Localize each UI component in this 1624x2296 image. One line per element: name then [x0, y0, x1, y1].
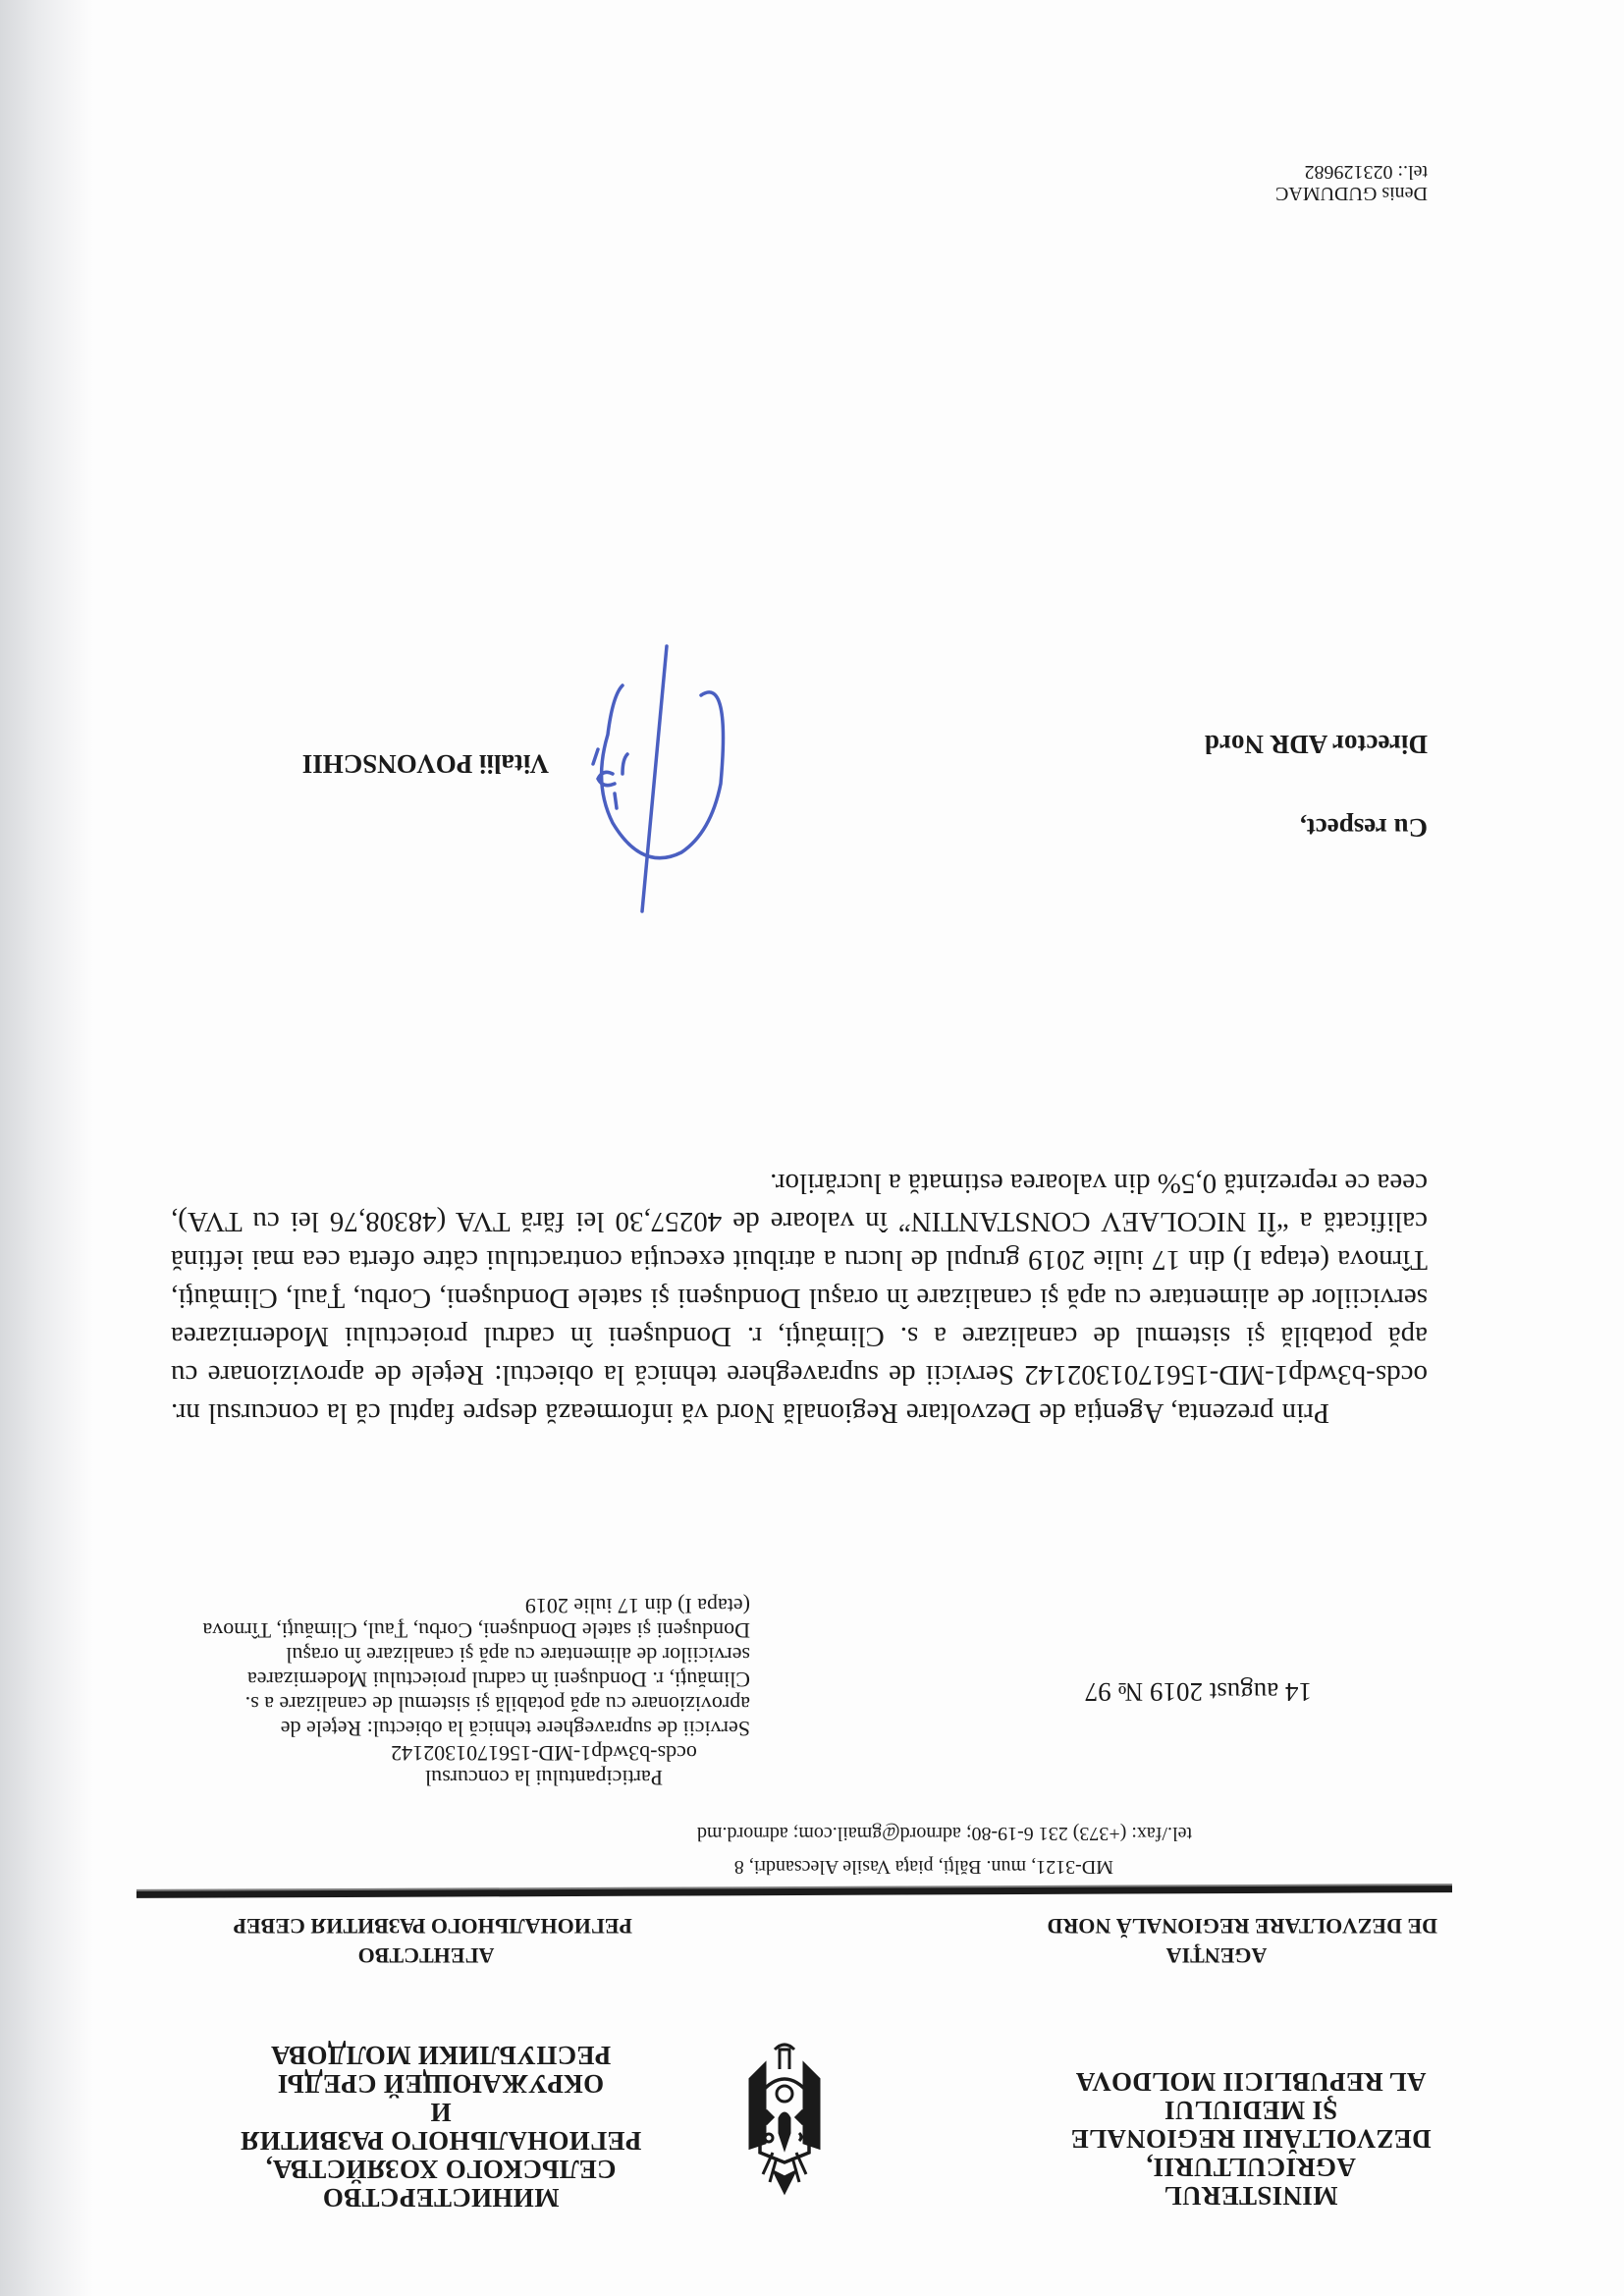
ministry-ru-line: ОКРУЖАЮЩЕЙ СРЕДЫ — [235, 2069, 647, 2098]
agency-ru-line: АГЕНТСТВО — [220, 1941, 632, 1970]
agency-name-ro: AGENŢIA DE DEZVOLTARE REGIONALĂ NORD — [888, 1911, 1437, 1970]
letter-body: Prin prezenta, Agenţia de Dezvoltare Reg… — [171, 1164, 1428, 1432]
agency-ru-line: РЕГИОНАЛЬНОГО РАЗВИТИЯ СЕВЕР — [234, 1914, 632, 1939]
executor-phone: tel.: 023129682 — [1275, 161, 1428, 183]
signer-position: Director ADR Nord — [1205, 729, 1428, 759]
addressee-line: Participantului la concursul — [338, 1766, 750, 1790]
agency-ro-line: DE DEZVOLTARE REGIONALĂ NORD — [1048, 1914, 1437, 1939]
document-date: 14 august 2019 — [1150, 1677, 1312, 1707]
tender-id: ocds-b3wdp1-MD-1561701302142 — [338, 1741, 750, 1766]
document-date-number: 14 august 2019 № 97 — [1085, 1676, 1312, 1707]
document-number: 97 — [1085, 1677, 1111, 1707]
ministry-name-ro: MINISTERUL AGRICULTURII, DEZVOLTĂRII REG… — [1055, 2067, 1447, 2210]
executor-block: Denis GUDUMAC tel.: 023129682 — [1275, 161, 1428, 204]
document-page: MINISTERUL AGRICULTURII, DEZVOLTĂRII REG… — [0, 0, 1624, 2296]
header-divider — [136, 1886, 1452, 1898]
agency-name-ru: АГЕНТСТВО РЕГИОНАЛЬНОГО РАЗВИТИЯ СЕВЕР — [82, 1911, 632, 1970]
scanner-shadow-edge — [0, 0, 93, 2296]
closing-salutation: Cu respect, — [1300, 812, 1428, 843]
coat-of-arms-icon — [735, 2035, 834, 2202]
handwritten-signature — [583, 636, 760, 931]
ministry-ru-line: СЕЛЬСКОГО ХОЗЯЙСТВА, — [235, 2155, 647, 2183]
agency-address: MD-3121, mun. Bălţi, piaţa Vasile Alecsa… — [734, 1855, 1113, 1878]
number-sign: № — [1117, 1677, 1143, 1707]
agency-ro-line: AGENŢIA — [996, 1941, 1437, 1970]
ministry-ro-line: MINISTERUL — [1055, 2181, 1447, 2210]
signer-name: Vitalii POVONSCHII — [302, 748, 549, 779]
ministry-ru-line: РЕСПУБЛИКИ МОЛДОВА — [235, 2041, 647, 2069]
ministry-ro-line: DEZVOLTĂRII REGIONALE — [1055, 2124, 1447, 2153]
addressee-block: Participantului la concursul ocds-b3wdp1… — [200, 1594, 750, 1790]
ministry-name-ru: МИНИСТЕРСТВО СЕЛЬСКОГО ХОЗЯЙСТВА, РЕГИОН… — [235, 2041, 647, 2212]
ministry-ru-line: РЕГИОНАЛЬНОГО РАЗВИТИЯ И — [235, 2098, 647, 2155]
executor-name: Denis GUDUMAC — [1275, 183, 1428, 204]
agency-contacts: tel./fax: (+373) 231 6-19-80; adrnord@gm… — [697, 1822, 1192, 1844]
ministry-ru-line: МИНИСТЕРСТВО — [235, 2183, 647, 2212]
ministry-ro-line: ŞI MEDIULUI — [1055, 2096, 1447, 2124]
ministry-ro-line: AGRICULTURII, — [1055, 2153, 1447, 2181]
addressee-subject: Servicii de supraveghere tehnică la obie… — [203, 1594, 750, 1741]
ministry-ro-line: AL REPUBLICII MOLDOVA — [1055, 2067, 1447, 2096]
